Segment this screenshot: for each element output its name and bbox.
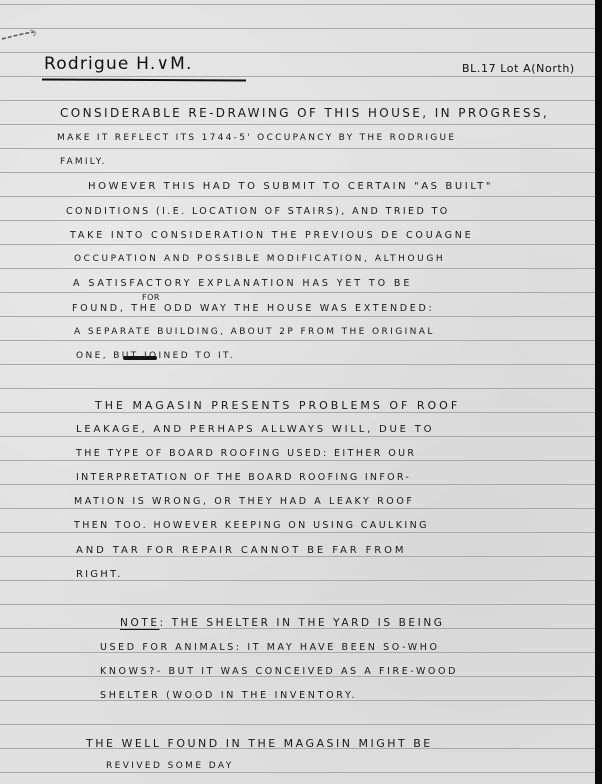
text-line: The well found in the Magasin might be [86, 738, 433, 749]
ruled-line [0, 772, 595, 773]
ruled-line [0, 124, 595, 125]
ruled-line [0, 52, 595, 53]
ruled-line [0, 196, 595, 197]
text-line: right. [76, 570, 122, 580]
ruled-line [0, 4, 595, 5]
text-line: used for animals: it may have been so-wh… [100, 643, 440, 653]
text-line: the type of board roofing used: either o… [76, 449, 416, 459]
ruled-line [0, 100, 595, 101]
title-underline [42, 78, 246, 81]
inserted-word: for [142, 293, 160, 302]
ruled-line [0, 364, 595, 365]
text-line: and tar for repair cannot be far from [76, 546, 406, 556]
text-line: family. [60, 158, 107, 167]
text-line: found, the odd way the house was extende… [72, 304, 434, 314]
text-line: a separate building, about 2P from the o… [74, 328, 435, 337]
text-line: leakage, and perhaps allways will, due t… [76, 425, 434, 435]
ruled-line [0, 292, 595, 293]
text-line: Considerable re-drawing of this house, i… [60, 107, 549, 119]
text-line: conditions (i.e. location of stairs), an… [66, 207, 450, 217]
text-line: knows?- but it was conceived as a fire-w… [100, 667, 458, 677]
text-line: However this had to submit to certain "a… [88, 182, 493, 192]
text-line: make it reflect its 1744-5' occupancy by… [57, 134, 456, 143]
note-line: Note: The shelter in the yard is being [120, 618, 445, 629]
ruled-line [0, 76, 595, 77]
text-line: revived some day [106, 762, 234, 771]
ruled-line [0, 508, 595, 509]
document-title: Rodrigue H.∨M. [44, 54, 193, 74]
ruled-line [0, 412, 595, 413]
note-label: Note [120, 617, 160, 629]
text-line: occupation and possible modification, al… [74, 255, 445, 264]
ruled-line [0, 436, 595, 437]
text-line: then too. However keeping on using caulk… [74, 521, 429, 531]
ruled-line [0, 388, 595, 389]
ruled-line [0, 220, 595, 221]
ruled-line [0, 532, 595, 533]
crossed-out-word [123, 356, 157, 360]
ruled-line [0, 580, 595, 581]
ruled-line [0, 556, 595, 557]
ruled-line [0, 268, 595, 269]
ruled-line [0, 244, 595, 245]
note-text: : The shelter in the yard is being [160, 617, 445, 629]
ruled-line [0, 28, 595, 29]
text-line: a satisfactory explanation has yet to be [73, 279, 412, 289]
ruled-line [0, 484, 595, 485]
ruled-line [0, 460, 595, 461]
ruled-line [0, 316, 595, 317]
text-line: The Magasin presents problems of roof [95, 400, 460, 411]
text-line: shelter (wood in the inventory. [100, 691, 357, 701]
text-line: interpretation of the board roofing info… [76, 473, 411, 483]
ruled-line [0, 172, 595, 173]
ruled-line [0, 604, 595, 605]
notebook-page: Rodrigue H.∨M. BL.17 Lot A(North) Consid… [0, 0, 595, 784]
pencil-mark [0, 28, 40, 42]
ruled-line [0, 724, 595, 725]
ruled-line [0, 340, 595, 341]
scan-border [595, 0, 602, 784]
lot-reference: BL.17 Lot A(North) [462, 62, 575, 75]
text-line: take into consideration the previous De … [70, 231, 473, 241]
ruled-line [0, 148, 595, 149]
text-line: mation is wrong, or they had a leaky roo… [74, 497, 415, 507]
